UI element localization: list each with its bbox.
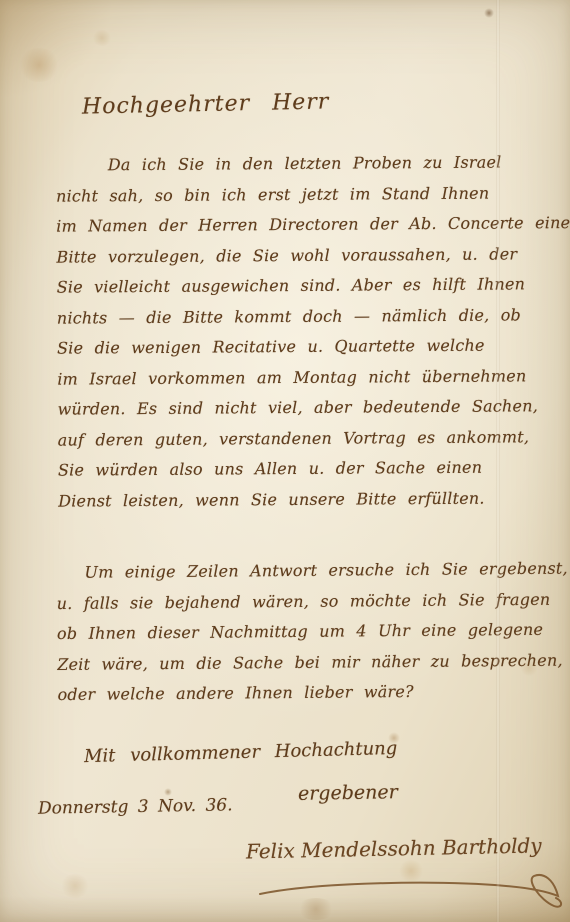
closing-ergebener: ergebener <box>298 781 398 805</box>
letter-line: oder welche andere Ihnen lieber wäre? <box>57 676 522 711</box>
stain <box>60 874 90 898</box>
fold-crease <box>496 0 500 922</box>
letter-line: Um einige Zeilen Antwort ersuche ich Sie… <box>56 554 521 589</box>
letter-line: im Namen der Herren Directoren der Ab. C… <box>56 208 521 242</box>
letter-line: Sie würden also uns Allen u. der Sache e… <box>58 452 523 486</box>
signature: Felix Mendelssohn Bartholdy <box>246 832 570 863</box>
letter-line: Dienst leisten, wenn Sie unsere Bitte er… <box>58 483 523 517</box>
letter-line: im Israel vorkommen am Montag nicht über… <box>57 361 522 395</box>
stain <box>164 788 172 796</box>
letter-line: nicht sah, so bin ich erst jetzt im Stan… <box>56 178 521 212</box>
paragraph-2: Um einige Zeilen Antwort ersuche ich Sie… <box>56 554 522 711</box>
stain <box>484 8 494 18</box>
letter-line: u. falls sie bejahend wären, so möchte i… <box>57 584 522 619</box>
salutation: Hochgeehrter Herr <box>82 89 330 119</box>
letter-line: Bitte vorzulegen, die Sie wohl voraussah… <box>56 239 521 273</box>
stain <box>92 30 112 46</box>
letter-line: ob Ihnen dieser Nachmittag um 4 Uhr eine… <box>57 615 522 650</box>
letter-line: auf deren guten, verstandenen Vortrag es… <box>58 422 523 456</box>
letter-line: nichts — die Bitte kommt doch — nämlich … <box>57 300 522 334</box>
closing-formula: Mit vollkommener Hochachtung <box>84 738 398 767</box>
letter-page: Hochgeehrter Herr Da ich Sie in den letz… <box>0 0 570 922</box>
stain <box>18 48 60 82</box>
letter-line: würden. Es sind nicht viel, aber bedeute… <box>57 391 522 425</box>
letter-line: Sie vielleicht ausgewichen sind. Aber es… <box>57 269 522 303</box>
letter-line: Da ich Sie in den letzten Proben zu Isra… <box>56 147 521 181</box>
letter-line: Zeit wäre, um die Sache bei mir näher zu… <box>57 645 522 680</box>
paragraph-1: Da ich Sie in den letzten Proben zu Isra… <box>56 147 524 516</box>
edge-shading <box>0 896 570 922</box>
letter-line: Sie die wenigen Recitative u. Quartette … <box>57 330 522 364</box>
date-line: Donnerstg 3 Nov. 36. <box>38 795 233 818</box>
